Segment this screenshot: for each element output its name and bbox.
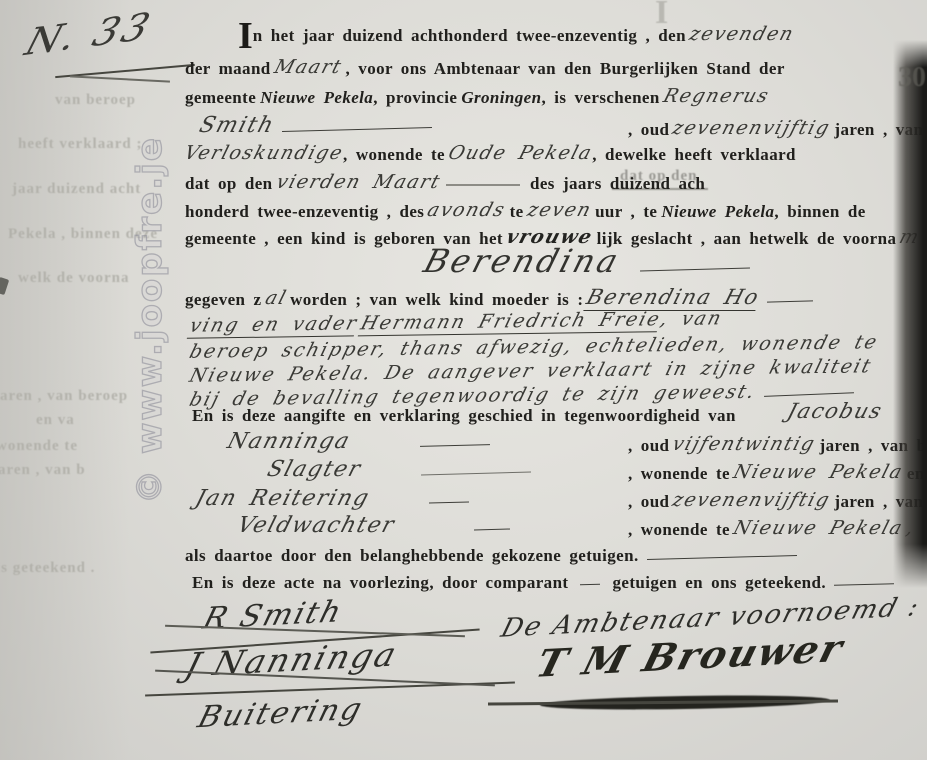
handwritten-text: Berendina bbox=[420, 242, 626, 280]
handwritten-text: Regnerus bbox=[661, 85, 772, 107]
scan-edge-shadow bbox=[893, 40, 927, 588]
handwritten-text: vierden Maart bbox=[273, 171, 443, 193]
printed-text: Groningen bbox=[461, 88, 541, 107]
body-line: Smith bbox=[200, 114, 440, 139]
handwritten-text: Jacobus bbox=[785, 399, 886, 423]
body-line: gegeven z al worden ; van welk kind moed… bbox=[185, 286, 821, 312]
handwritten-text: , van bbox=[658, 307, 725, 330]
body-line: En is deze acte na voorlezing, door comp… bbox=[192, 573, 902, 593]
body-line: , oud zevenenvijftig jaren , van beroep bbox=[628, 490, 927, 512]
printed-text: des jaars duizend ach bbox=[530, 174, 705, 193]
body-line: gemeente Nieuwe Pekela, provincie Gronin… bbox=[185, 86, 769, 108]
body-line: En is deze aangifte en verklaring geschi… bbox=[192, 406, 736, 426]
body-line: Jan Reitering bbox=[196, 487, 477, 512]
printed-text: En is deze acte na voorlezing, door comp… bbox=[192, 573, 568, 592]
printed-text: te bbox=[510, 202, 524, 221]
body-line: Nanninga bbox=[228, 430, 498, 455]
printed-text: , binnen de bbox=[774, 202, 865, 221]
handwritten-text: Nieuwe Pekela bbox=[731, 461, 906, 483]
body-line: , wonende te Nieuwe Pekela en van bbox=[628, 462, 927, 484]
printed-text: En is deze aangifte en verklaring geschi… bbox=[192, 406, 736, 425]
handwritten-text: al bbox=[262, 287, 289, 309]
body-line: , wonende te Nieuwe Pekela , bbox=[628, 518, 915, 540]
printed-text: honderd twee-enzeventig , des bbox=[185, 202, 424, 221]
handwritten-text: vijfentwintig bbox=[670, 433, 818, 455]
bleedthrough-text: wonende te bbox=[0, 438, 78, 455]
printed-text: , provincie bbox=[373, 88, 457, 107]
printed-text: , voor ons Ambtenaar van den Burgerlijke… bbox=[346, 59, 785, 78]
body-line: dat op den vierden Maart des jaars duize… bbox=[185, 172, 705, 194]
handwritten-text: zeven bbox=[524, 199, 594, 221]
printed-text: , oud bbox=[628, 492, 669, 511]
handwritten-text: avonds bbox=[425, 199, 509, 221]
printed-text: , wonende te bbox=[628, 464, 730, 483]
printed-text: n het jaar duizend achthonderd twee-enze… bbox=[253, 26, 686, 45]
printed-text: uur , te bbox=[595, 202, 657, 221]
body-line: , oud zevenenvijftig jaren , van beroe bbox=[628, 118, 927, 140]
printed-text: , wonende te bbox=[628, 520, 730, 539]
printed-text: Nieuwe Pekela bbox=[661, 202, 774, 221]
body-line: Verloskundige, wonende te Oude Pekela, d… bbox=[185, 143, 796, 165]
handwritten-text: Maart bbox=[272, 56, 345, 78]
printed-text: , dewelke heeft verklaard bbox=[592, 145, 796, 164]
act-number: N. 33 bbox=[20, 4, 158, 64]
printed-text: der maand bbox=[185, 59, 271, 78]
bleedthrough-text: jaren , van b bbox=[0, 462, 86, 479]
handwritten-text: zevenenvijftig bbox=[670, 489, 833, 511]
printed-text: , oud bbox=[628, 436, 669, 455]
body-line: Veldwachter bbox=[238, 514, 518, 539]
printed-text: dat op den bbox=[185, 174, 273, 193]
bleedthrough-text: heeft verklaard ; bbox=[18, 136, 142, 153]
handwritten-text: Jan Reitering bbox=[192, 486, 372, 511]
page-edge-number: 30 bbox=[898, 62, 926, 94]
bleedthrough-text: is geteekend . bbox=[0, 560, 95, 577]
handwritten-text: ving en vader bbox=[187, 312, 361, 338]
printed-text: , is verschenen bbox=[541, 88, 659, 107]
bleedthrough-text: van beroep bbox=[55, 92, 136, 109]
handwritten-text: zevenden bbox=[687, 23, 797, 45]
flourish-line bbox=[70, 75, 170, 82]
handwritten-text: Veldwachter bbox=[234, 513, 398, 538]
drop-cap: I bbox=[238, 15, 253, 57]
printed-text: Nieuwe Pekela bbox=[260, 88, 373, 107]
watermark: © www.joopfre.je bbox=[130, 85, 170, 555]
body-line: Berendina bbox=[425, 243, 758, 281]
body-line: als daartoe door den belanghebbende geko… bbox=[185, 546, 805, 566]
body-line: Jacobus bbox=[788, 400, 882, 424]
printed-text: worden ; van welk kind moeder is : bbox=[290, 290, 583, 309]
handwritten-text: Oude Pekela bbox=[446, 142, 596, 164]
signature-witness-2: Buitering bbox=[194, 692, 367, 735]
printed-text: als daartoe door den belanghebbende geko… bbox=[185, 546, 639, 565]
bleedthrough-text: en va bbox=[36, 412, 75, 429]
body-line: der maand Maart , voor ons Ambtenaar van… bbox=[185, 57, 785, 79]
bleedthrough-text: welk de voorna bbox=[18, 270, 130, 287]
handwritten-text: Verloskundige bbox=[182, 142, 346, 164]
printed-text: getuigen en ons geteekend. bbox=[612, 573, 826, 592]
handwritten-text: Nieuwe Pekela bbox=[731, 517, 906, 539]
bleedthrough-text: jaar duizend acht bbox=[12, 181, 141, 198]
birth-record-scan: van beroep heeft verklaard ; jaar duizen… bbox=[0, 0, 927, 760]
handwritten-text: Slagter bbox=[264, 457, 364, 482]
printed-text: gemeente bbox=[185, 88, 256, 107]
printed-text: , wonende te bbox=[343, 145, 445, 164]
handwritten-text: Hermann Friedrich Freie bbox=[358, 308, 664, 336]
body-line: In het jaar duizend achthonderd twee-enz… bbox=[238, 24, 794, 46]
handwritten-text: Nanninga bbox=[224, 429, 353, 454]
printed-text: gegeven z bbox=[185, 290, 262, 309]
bleedthrough-text: jaren , van beroep bbox=[0, 388, 128, 405]
body-line: honderd twee-enzeventig , des avonds te … bbox=[185, 200, 866, 222]
body-line: , oud vijfentwintig jaren , van beroep bbox=[628, 434, 927, 456]
handwritten-text: Smith bbox=[196, 113, 277, 138]
printed-text: , oud bbox=[628, 120, 669, 139]
body-line: Slagter bbox=[268, 458, 539, 483]
handwritten-text: zevenenvijftig bbox=[670, 117, 833, 139]
scan-artifact bbox=[0, 277, 9, 295]
